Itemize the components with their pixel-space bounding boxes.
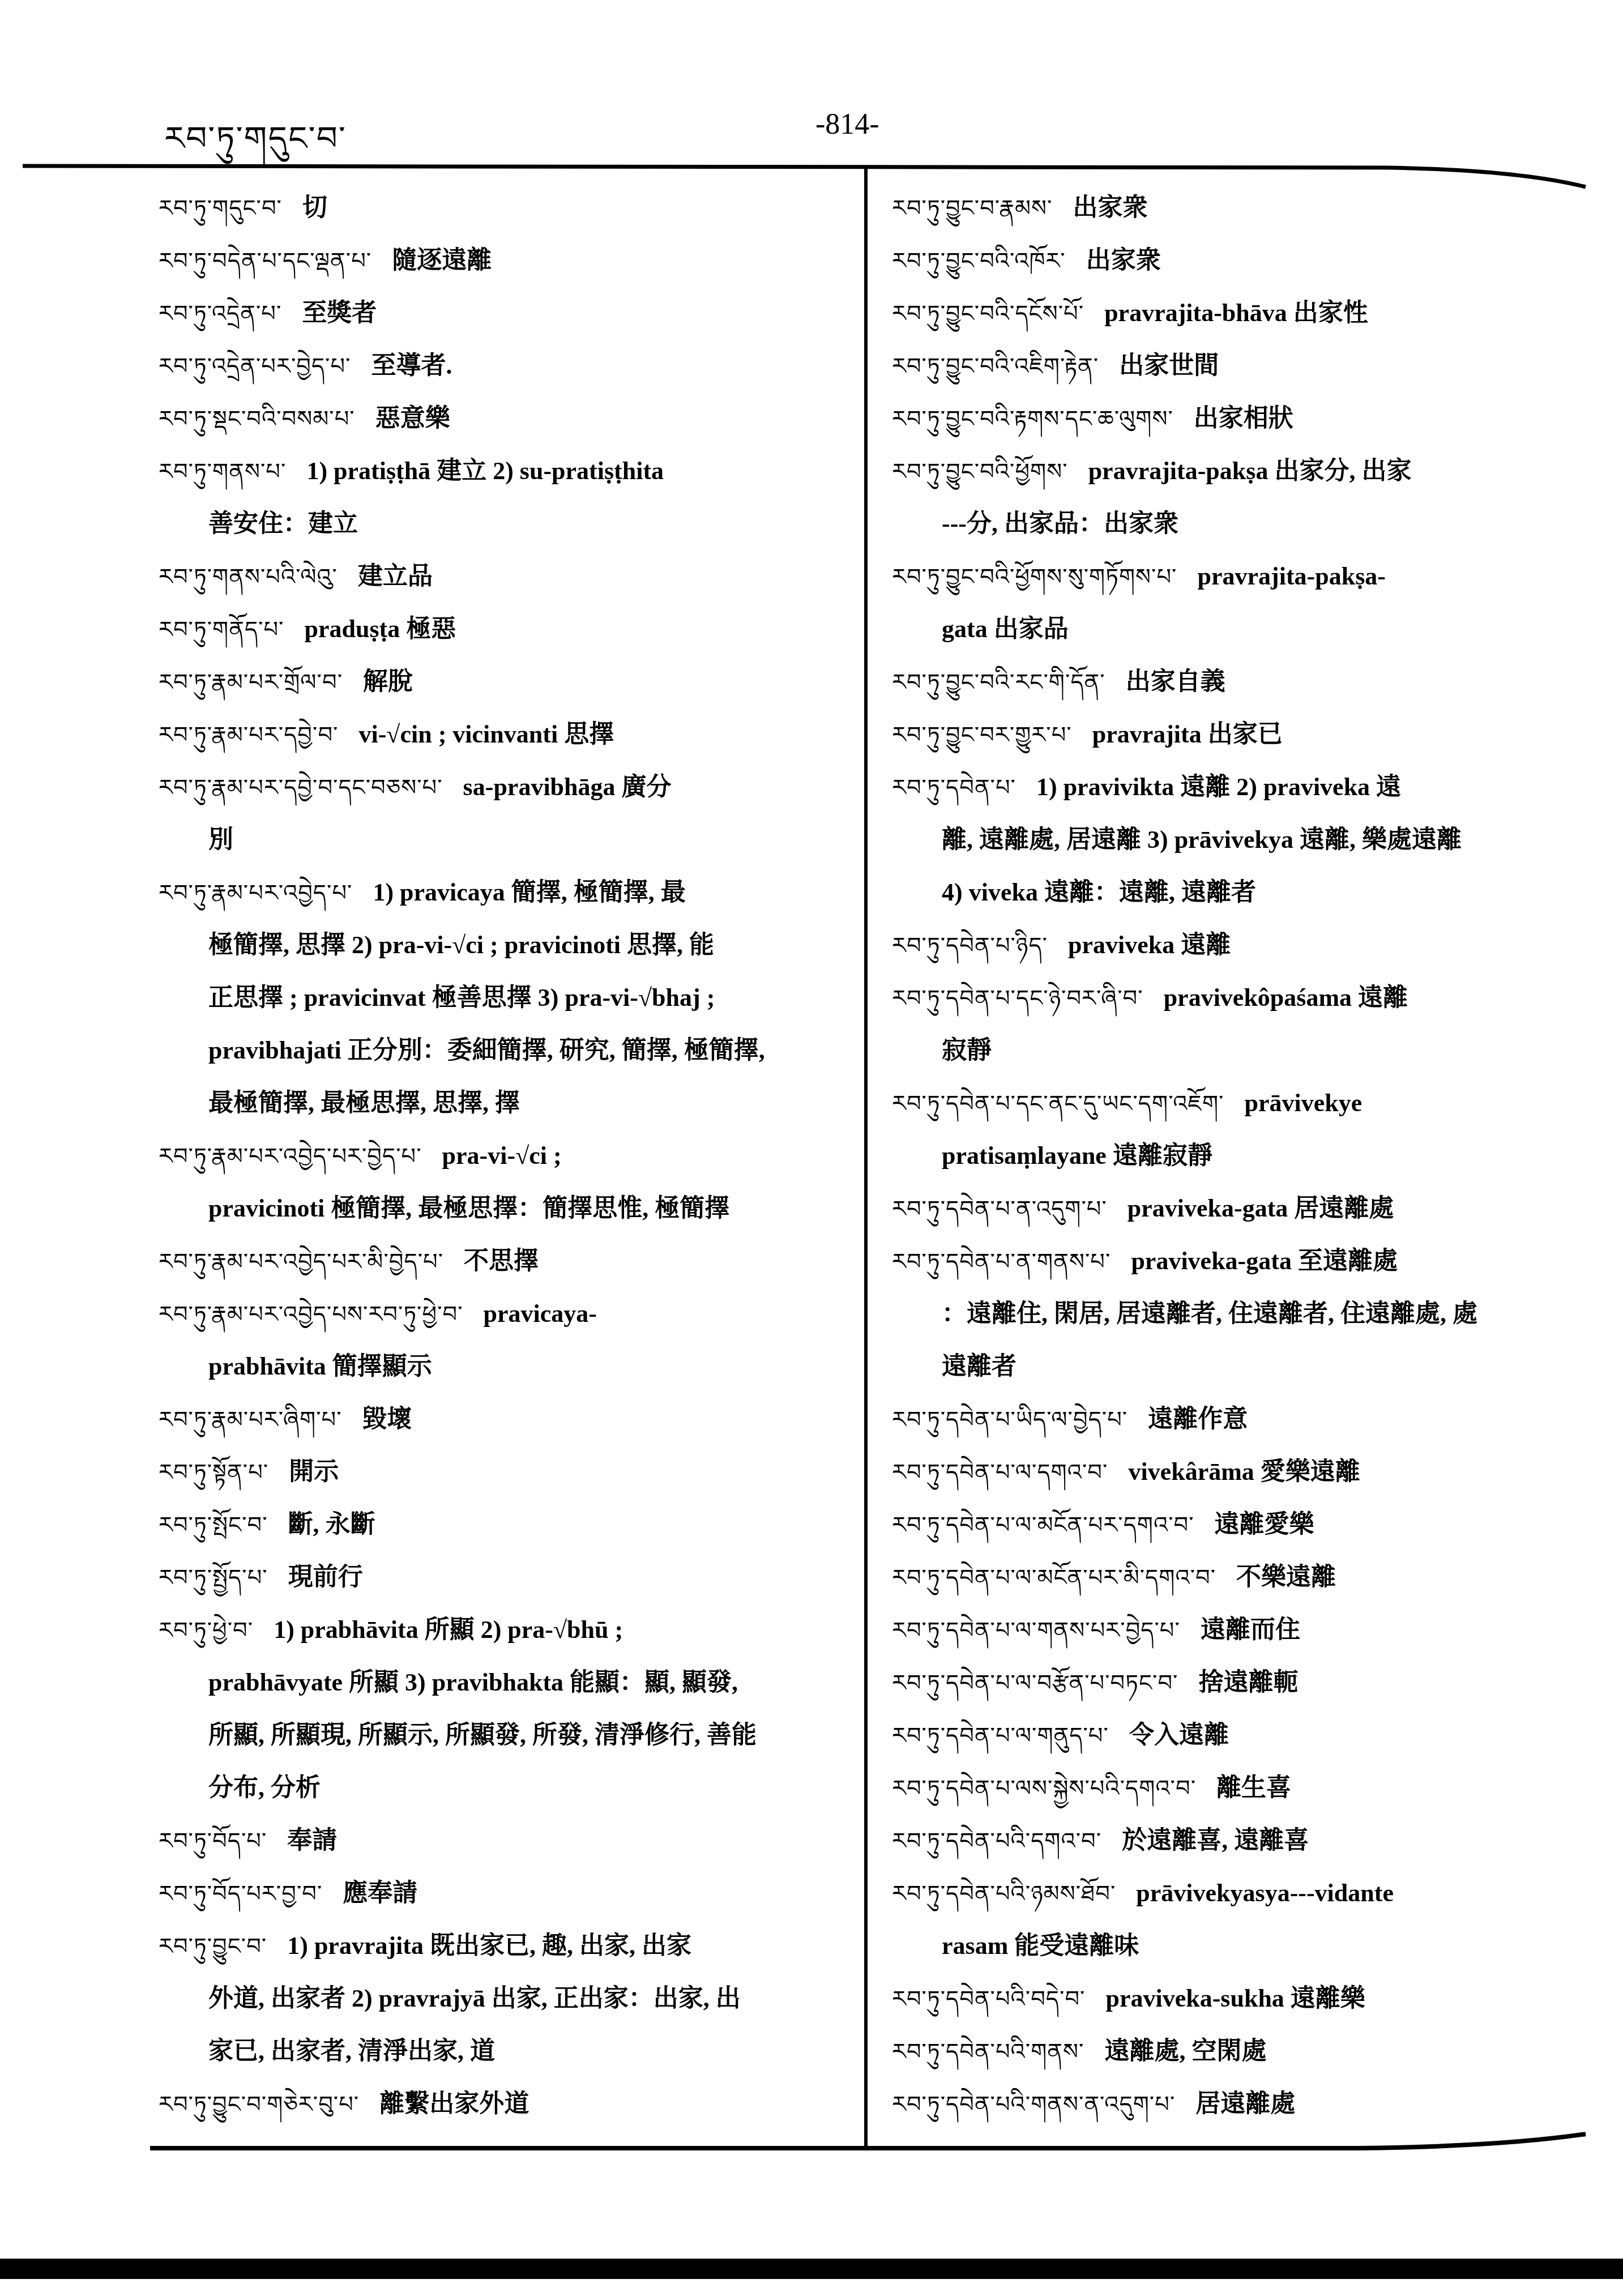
entry-first-line: རབ་ཏུ་དབེན་པ་ལ་མངོན་པར་མི་དགའ་བ་不樂遠離 xyxy=(892,1551,1571,1603)
entry-continuation-line: 最極簡擇, 最極思擇, 思擇, 擇 xyxy=(159,1077,855,1129)
definition-text: 1) pravrajita 既出家已, 趣, 出家, 出家 xyxy=(287,1932,691,1960)
tibetan-headword: རབ་ཏུ་སྟོན་པ་ xyxy=(159,1459,268,1486)
dictionary-entry: རབ་ཏུ་བོད་པ་奉請 xyxy=(159,1814,855,1867)
definition-text: 不樂遠離 xyxy=(1236,1563,1336,1591)
dictionary-entry: རབ་ཏུ་སྤྱོད་པ་現前行 xyxy=(159,1551,855,1603)
definition-text: 善安住：建立 xyxy=(208,510,358,537)
definition-text: 切 xyxy=(302,194,327,221)
definition-text: 分布, 分析 xyxy=(208,1774,321,1802)
dictionary-entry: རབ་ཏུ་རྣམ་པར་འབྱེད་པར་བྱེད་པ་pra-vi-√ci … xyxy=(159,1129,855,1235)
entry-continuation-line: 所顯, 所顯現, 所顯示, 所顯發, 所發, 清淨修行, 善能 xyxy=(159,1709,855,1761)
dictionary-entry: རབ་ཏུ་སྤོང་བ་斷, 永斷 xyxy=(159,1498,855,1551)
definition-text: 遠離而住 xyxy=(1201,1616,1300,1644)
entry-continuation-line: pravicinoti 極簡擇, 最極思擇：簡擇思惟, 極簡擇 xyxy=(159,1182,855,1235)
definition-text: pra-vi-√ci ; xyxy=(442,1142,562,1170)
entry-first-line: རབ་ཏུ་དབེན་པའི་བདེ་བ་praviveka-sukha 遠離樂 xyxy=(892,1972,1571,2025)
definition-text: 離, 遠離處, 居遠離 3) prāvivekya 遠離, 樂處遠離 xyxy=(942,826,1462,853)
entry-first-line: རབ་ཏུ་དབེན་པའི་གནས་ན་འདུག་པ་居遠離處 xyxy=(892,2077,1571,2130)
dictionary-entry: རབ་ཏུ་བོད་པར་བྱ་བ་應奉請 xyxy=(159,1867,855,1919)
tibetan-headword: རབ་ཏུ་སྤྱོད་པ་ xyxy=(159,1565,268,1591)
definition-text: 至獎者 xyxy=(302,299,377,327)
definition-text: 家已, 出家者, 清淨出家, 道 xyxy=(208,2037,495,2065)
entry-first-line: རབ་ཏུ་རྣམ་པར་ཞིག་པ་毀壞 xyxy=(159,1393,855,1445)
definition-text: 開示 xyxy=(289,1458,339,1486)
tibetan-headword: རབ་ཏུ་རྣམ་པར་ཞིག་པ་ xyxy=(159,1407,342,1433)
entry-first-line: རབ་ཏུ་གནས་པའི་ལེའུ་建立品 xyxy=(159,550,855,603)
entry-first-line: རབ་ཏུ་བྱུང་བའི་ཕྱོགས་pravrajita-pakṣa 出家… xyxy=(892,445,1571,497)
dictionary-entry: རབ་ཏུ་དབེན་པའི་བདེ་བ་praviveka-sukha 遠離樂 xyxy=(892,1972,1571,2025)
tibetan-headword: རབ་ཏུ་སྤོང་བ་ xyxy=(159,1512,268,1538)
entry-continuation-line: 4) viveka 遠離：遠離, 遠離者 xyxy=(892,866,1571,919)
definition-text: 惡意樂 xyxy=(375,404,450,432)
entry-continuation-line: prabhāvita 簡擇顯示 xyxy=(159,1340,855,1393)
tibetan-headword: རབ་ཏུ་དབེན་པའི་དགའ་བ་ xyxy=(892,1828,1101,1854)
definition-text: vivekârāma 愛樂遠離 xyxy=(1128,1458,1360,1486)
tibetan-headword: རབ་ཏུ་དབེན་པ་ལ་བརྩོན་པ་བཏང་བ་ xyxy=(892,1670,1178,1696)
dictionary-entry: རབ་ཏུ་བྱུང་བ་གཅེར་བུ་པ་離繫出家外道 xyxy=(159,2077,855,2130)
tibetan-headword: རབ་ཏུ་རྣམ་པར་དབྱེ་བ་ xyxy=(159,722,338,748)
tibetan-headword: རབ་ཏུ་རྣམ་པར་འབྱེད་པས་རབ་ཏུ་ཕྱེ་བ་ xyxy=(159,1301,463,1328)
definition-text: 現前行 xyxy=(288,1563,363,1591)
entry-continuation-line: ---分, 出家品：出家衆 xyxy=(892,497,1571,550)
dictionary-entry: རབ་ཏུ་བདེན་པ་དང་ལྡན་པ་隨逐遠離 xyxy=(159,234,855,287)
definition-text: 寂靜 xyxy=(942,1036,992,1064)
tibetan-headword: རབ་ཏུ་དབེན་པ་དང་ཉེ་བར་ཞི་བ་ xyxy=(892,985,1143,1012)
definition-text: pravrajita-pakṣa 出家分, 出家 xyxy=(1088,457,1412,485)
entry-continuation-line: 極簡擇, 思擇 2) pra-vi-√ci ; pravicinoti 思擇, … xyxy=(159,919,855,971)
definition-text: pravicaya- xyxy=(484,1300,597,1328)
definition-text: sa-pravibhāga 廣分 xyxy=(463,773,672,801)
dictionary-entry: རབ་ཏུ་དབེན་པ་ལས་སྐྱེས་པའི་དགའ་བ་離生喜 xyxy=(892,1761,1571,1814)
definition-text: 出家衆 xyxy=(1086,246,1161,274)
entry-first-line: རབ་ཏུ་བྱུང་བའི་འཁོར་出家衆 xyxy=(892,234,1571,287)
dictionary-entry: རབ་ཏུ་བྱུང་བའི་རང་གི་དོན་出家自義 xyxy=(892,655,1571,708)
tibetan-headword: རབ་ཏུ་དབེན་པའི་བདེ་བ་ xyxy=(892,1986,1085,2012)
tibetan-headword: རབ་ཏུ་དབེན་པ་ལས་སྐྱེས་པའི་དགའ་བ་ xyxy=(892,1776,1196,1802)
definition-text: pravibhajati 正分別：委細簡擇, 研究, 簡擇, 極簡擇, xyxy=(208,1036,765,1064)
entry-first-line: རབ་ཏུ་དབེན་པའི་ཉམས་ཐོབ་prāvivekyasya---v… xyxy=(892,1867,1571,1919)
tibetan-headword: རབ་ཏུ་གདུང་བ་ xyxy=(159,195,282,221)
definition-text: 斷, 永斷 xyxy=(288,1510,375,1538)
entry-first-line: རབ་ཏུ་རྣམ་པར་འབྱེད་པས་རབ་ཏུ་ཕྱེ་བ་pravic… xyxy=(159,1287,855,1340)
entry-first-line: རབ་ཏུ་དབེན་པ་ལ་དགའ་བ་vivekârāma 愛樂遠離 xyxy=(892,1445,1571,1498)
entry-continuation-line: ：遠離住, 閑居, 居遠離者, 住遠離者, 住遠離處, 處 xyxy=(892,1287,1571,1340)
dictionary-entry: རབ་ཏུ་དབེན་པ་ལ་བརྩོན་པ་བཏང་བ་捨遠離軛 xyxy=(892,1656,1571,1709)
tibetan-headword: རབ་ཏུ་དབེན་པའི་ཉམས་ཐོབ་ xyxy=(892,1881,1116,1907)
dictionary-entry: རབ་ཏུ་བྱུང་བའི་དངོས་པོ་pravrajita-bhāva … xyxy=(892,287,1571,339)
definition-text: ：遠離住, 閑居, 居遠離者, 住遠離者, 住遠離處, 處 xyxy=(942,1300,1477,1328)
entry-first-line: རབ་ཏུ་གནོད་པ་praduṣṭa 極惡 xyxy=(159,603,855,655)
entry-first-line: རབ་ཏུ་དབེན་པ་ལ་མངོན་པར་དགའ་བ་遠離愛樂 xyxy=(892,1498,1571,1551)
entry-first-line: རབ་ཏུ་བྱུང་བའི་རང་གི་དོན་出家自義 xyxy=(892,655,1571,708)
tibetan-headword: རབ་ཏུ་སྡང་བའི་བསམ་པ་ xyxy=(159,406,355,432)
entry-first-line: རབ་ཏུ་རྣམ་པར་འབྱེད་པར་བྱེད་པ་pra-vi-√ci … xyxy=(159,1129,855,1182)
definition-text: 令入遠離 xyxy=(1129,1721,1229,1749)
tibetan-headword: རབ་ཏུ་གནོད་པ་ xyxy=(159,617,284,643)
tibetan-headword: རབ་ཏུ་བྱུང་བའི་རྟགས་དང་ཆ་ལུགས་ xyxy=(892,406,1173,432)
tibetan-headword: རབ་ཏུ་བོད་པ་ xyxy=(159,1828,267,1854)
dictionary-entry: རབ་ཏུ་དབེན་པ་ལ་གནུད་པ་令入遠離 xyxy=(892,1709,1571,1761)
dictionary-entry: རབ་ཏུ་དབེན་པ་དང་ནང་དུ་ཡང་དག་འཇོག་prāvive… xyxy=(892,1077,1571,1182)
right-column: རབ་ཏུ་བྱུང་བ་རྣམས་出家衆རབ་ཏུ་བྱུང་བའི་འཁོར… xyxy=(892,181,1571,2130)
dictionary-entry: རབ་ཏུ་དབེན་པ་ལ་གནས་པར་བྱེད་པ་遠離而住 xyxy=(892,1603,1571,1656)
entry-first-line: རབ་ཏུ་དབེན་པའི་གནས་遠離處, 空閑處 xyxy=(892,2025,1571,2077)
definition-text: pravivekôpaśama 遠離 xyxy=(1164,984,1408,1012)
tibetan-headword: རབ་ཏུ་འདྲེན་པ་ xyxy=(159,301,281,327)
tibetan-headword: རབ་ཏུ་དབེན་པ་ལ་མངོན་པར་དགའ་བ་ xyxy=(892,1512,1194,1538)
entry-first-line: རབ་ཏུ་དབེན་པ་1) pravivikta 遠離 2) pravive… xyxy=(892,761,1571,813)
dictionary-entry: རབ་ཏུ་དབེན་པ་1) pravivikta 遠離 2) pravive… xyxy=(892,761,1571,919)
definition-text: 解脫 xyxy=(363,668,413,695)
dictionary-entry: རབ་ཏུ་དབེན་པ་ལ་དགའ་བ་vivekârāma 愛樂遠離 xyxy=(892,1445,1571,1498)
tibetan-headword: རབ་ཏུ་བྱུང་བར་གྱུར་པ་ xyxy=(892,722,1072,748)
dictionary-entry: རབ་ཏུ་གནས་པའི་ལེའུ་建立品 xyxy=(159,550,855,603)
dictionary-entry: རབ་ཏུ་དབེན་པ་ན་འདུག་པ་praviveka-gata 居遠離… xyxy=(892,1182,1571,1235)
definition-text: praviveka-sukha 遠離樂 xyxy=(1105,1985,1365,2012)
tibetan-headword: རབ་ཏུ་རྣམ་པར་དབྱེ་བ་དང་བཅས་པ་ xyxy=(159,775,443,801)
tibetan-headword: རབ་ཏུ་བྱུང་བ་གཅེར་བུ་པ་ xyxy=(159,2092,359,2118)
tibetan-headword: རབ་ཏུ་དབེན་པའི་གནས་ན་འདུག་པ་ xyxy=(892,2092,1175,2118)
definition-text: praduṣṭa 極惡 xyxy=(305,615,456,643)
entry-first-line: རབ་ཏུ་བྱུང་བར་གྱུར་པ་pravrajita 出家已 xyxy=(892,708,1571,761)
dictionary-entry: རབ་ཏུ་རྣམ་པར་འབྱེད་པས་རབ་ཏུ་ཕྱེ་བ་pravic… xyxy=(159,1287,855,1393)
tibetan-headword: རབ་ཏུ་གནས་པ་ xyxy=(159,459,286,485)
entry-first-line: རབ་ཏུ་དབེན་པ་ན་གནས་པ་praviveka-gata 至遠離處 xyxy=(892,1235,1571,1287)
dictionary-entry: རབ་ཏུ་དབེན་པའི་གནས་遠離處, 空閑處 xyxy=(892,2025,1571,2077)
tibetan-headword: རབ་ཏུ་རྣམ་པར་འབྱེད་པ་ xyxy=(159,880,352,906)
definition-text: 隨逐遠離 xyxy=(392,246,492,274)
dictionary-entry: རབ་ཏུ་དབེན་པ་ན་གནས་པ་praviveka-gata 至遠離處… xyxy=(892,1235,1571,1393)
tibetan-headword: རབ་ཏུ་བྱུང་བ་ xyxy=(159,1934,267,1960)
entry-first-line: རབ་ཏུ་དབེན་པ་ལ་བརྩོན་པ་བཏང་བ་捨遠離軛 xyxy=(892,1656,1571,1709)
left-column: རབ་ཏུ་གདུང་བ་切རབ་ཏུ་བདེན་པ་དང་ལྡན་པ་隨逐遠離… xyxy=(159,181,855,2130)
tibetan-headword: རབ་ཏུ་དབེན་པ་ལ་མངོན་པར་མི་དགའ་བ་ xyxy=(892,1565,1216,1591)
tibetan-headword: རབ་ཏུ་དབེན་པ་ xyxy=(892,775,1016,801)
dictionary-entry: རབ་ཏུ་དབེན་པའི་གནས་ན་འདུག་པ་居遠離處 xyxy=(892,2077,1571,2130)
definition-text: 建立品 xyxy=(358,562,433,590)
definition-text: 離生喜 xyxy=(1216,1774,1291,1802)
entry-continuation-line: 家已, 出家者, 清淨出家, 道 xyxy=(159,2025,855,2077)
definition-text: 應奉請 xyxy=(343,1879,417,1907)
dictionary-entry: རབ་ཏུ་རྣམ་པར་དབྱེ་བ་vi-√cin ; vicinvanti… xyxy=(159,708,855,761)
entry-first-line: རབ་ཏུ་བྱུང་བ་རྣམས་出家衆 xyxy=(892,181,1571,234)
definition-text: 1) pravivikta 遠離 2) praviveka 遠 xyxy=(1036,773,1401,801)
definition-text: 極簡擇, 思擇 2) pra-vi-√ci ; pravicinoti 思擇, … xyxy=(208,931,714,959)
entry-first-line: རབ་ཏུ་བྱུང་བའི་འཇིག་རྟེན་出家世間 xyxy=(892,339,1571,392)
entry-first-line: རབ་ཏུ་རྣམ་པར་དབྱེ་བ་དང་བཅས་པ་sa-pravibhā… xyxy=(159,761,855,813)
definition-text: prāvivekyasya---vidante xyxy=(1136,1879,1394,1907)
entry-first-line: རབ་ཏུ་དབེན་པ་ཡིད་ལ་བྱེད་པ་遠離作意 xyxy=(892,1393,1571,1445)
tibetan-headword: རབ་ཏུ་དབེན་པ་ཡིད་ལ་བྱེད་པ་ xyxy=(892,1407,1127,1433)
definition-text: 至導者. xyxy=(371,352,452,379)
dictionary-entry: རབ་ཏུ་བྱུང་བའི་ཕྱོགས་སུ་གཏོགས་པ་pravraji… xyxy=(892,550,1571,655)
definition-text: prāvivekye xyxy=(1245,1089,1363,1117)
tibetan-headword: རབ་ཏུ་བདེན་པ་དང་ལྡན་པ་ xyxy=(159,248,371,274)
dictionary-entry: རབ་ཏུ་དབེན་པའི་དགའ་བ་於遠離喜, 遠離喜 xyxy=(892,1814,1571,1867)
entry-continuation-line: 外道, 出家者 2) pravrajyā 出家, 正出家：出家, 出 xyxy=(159,1972,855,2025)
definition-text: 奉請 xyxy=(287,1826,337,1854)
definition-text: 最極簡擇, 最極思擇, 思擇, 擇 xyxy=(208,1089,520,1117)
entry-continuation-line: prabhāvyate 所顯 3) pravibhakta 能顯：顯, 顯發, xyxy=(159,1656,855,1709)
definition-text: 遠離者 xyxy=(942,1352,1016,1380)
entry-continuation-line: gata 出家品 xyxy=(892,603,1571,655)
definition-text: 不思擇 xyxy=(464,1247,539,1275)
entry-first-line: རབ་ཏུ་དབེན་པ་ན་འདུག་པ་praviveka-gata 居遠離… xyxy=(892,1182,1571,1235)
tibetan-headword: རབ་ཏུ་དབེན་པ་ལ་གནས་པར་བྱེད་པ་ xyxy=(892,1618,1180,1644)
definition-text: gata 出家品 xyxy=(942,615,1069,643)
dictionary-entry: རབ་ཏུ་རྣམ་པར་གྲོལ་བ་解脫 xyxy=(159,655,855,708)
entry-continuation-line: 遠離者 xyxy=(892,1340,1571,1393)
tibetan-headword: རབ་ཏུ་བྱུང་བའི་འཁོར་ xyxy=(892,248,1066,274)
entry-first-line: རབ་ཏུ་རྣམ་པར་དབྱེ་བ་vi-√cin ; vicinvanti… xyxy=(159,708,855,761)
entry-first-line: རབ་ཏུ་བྱུང་བ་གཅེར་བུ་པ་離繫出家外道 xyxy=(159,2077,855,2130)
definition-text: 遠離作意 xyxy=(1148,1405,1248,1433)
entry-first-line: རབ་ཏུ་བོད་པར་བྱ་བ་應奉請 xyxy=(159,1867,855,1919)
dictionary-entry: རབ་ཏུ་དབེན་པ་དང་ཉེ་བར་ཞི་བ་pravivekôpaśa… xyxy=(892,971,1571,1077)
tibetan-headword: རབ་ཏུ་བྱུང་བ་རྣམས་ xyxy=(892,195,1052,221)
entry-first-line: རབ་ཏུ་འདྲེན་པ་至獎者 xyxy=(159,287,855,339)
definition-text: prabhāvyate 所顯 3) pravibhakta 能顯：顯, 顯發, xyxy=(208,1668,738,1696)
definition-text: 出家世間 xyxy=(1119,352,1219,379)
entry-first-line: རབ་ཏུ་བདེན་པ་དང་ལྡན་པ་隨逐遠離 xyxy=(159,234,855,287)
definition-text: praviveka-gata 至遠離處 xyxy=(1131,1247,1398,1275)
definition-text: ---分, 出家品：出家衆 xyxy=(942,510,1178,537)
definition-text: pravrajita-bhāva 出家性 xyxy=(1104,299,1368,327)
entry-continuation-line: 正思擇 ; pravicinvat 極善思擇 3) pra-vi-√bhaj ; xyxy=(159,971,855,1024)
dictionary-entry: རབ་ཏུ་རྣམ་པར་ཞིག་པ་毀壞 xyxy=(159,1393,855,1445)
entry-first-line: རབ་ཏུ་རྣམ་པར་འབྱེད་པར་མི་བྱེད་པ་不思擇 xyxy=(159,1235,855,1287)
entry-continuation-line: pravibhajati 正分別：委細簡擇, 研究, 簡擇, 極簡擇, xyxy=(159,1024,855,1077)
tibetan-headword: རབ་ཏུ་བོད་པར་བྱ་བ་ xyxy=(159,1881,322,1907)
tibetan-headword: རབ་ཏུ་དབེན་པ་ན་གནས་པ་ xyxy=(892,1249,1111,1275)
entry-continuation-line: 寂靜 xyxy=(892,1024,1571,1077)
dictionary-entry: རབ་ཏུ་བྱུང་བའི་འཇིག་རྟེན་出家世間 xyxy=(892,339,1571,392)
definition-text: 居遠離處 xyxy=(1195,2090,1295,2118)
dictionary-entry: རབ་ཏུ་དབེན་པ་ཉིད་praviveka 遠離 xyxy=(892,919,1571,971)
dictionary-entry: རབ་ཏུ་བྱུང་བའི་འཁོར་出家衆 xyxy=(892,234,1571,287)
dictionary-entry: རབ་ཏུ་གནོད་པ་praduṣṭa 極惡 xyxy=(159,603,855,655)
entry-first-line: རབ་ཏུ་གནས་པ་1) pratiṣṭhā 建立 2) su-pratiṣ… xyxy=(159,445,855,497)
definition-text: vi-√cin ; vicinvanti 思擇 xyxy=(358,720,614,748)
entry-first-line: རབ་ཏུ་དབེན་པ་ཉིད་praviveka 遠離 xyxy=(892,919,1571,971)
entry-first-line: རབ་ཏུ་རྣམ་པར་འབྱེད་པ་1) pravicaya 簡擇, 極簡… xyxy=(159,866,855,919)
tibetan-headword: རབ་ཏུ་དབེན་པ་ན་འདུག་པ་ xyxy=(892,1196,1107,1222)
dictionary-entry: རབ་ཏུ་རྣམ་པར་འབྱེད་པ་1) pravicaya 簡擇, 極簡… xyxy=(159,866,855,1129)
tibetan-headword: རབ་ཏུ་བྱུང་བའི་ཕྱོགས་ xyxy=(892,459,1068,485)
definition-text: 於遠離喜, 遠離喜 xyxy=(1122,1826,1309,1854)
column-divider xyxy=(864,168,868,2150)
definition-text: 毀壞 xyxy=(362,1405,412,1433)
tibetan-headword: རབ་ཏུ་བྱུང་བའི་དངོས་པོ་ xyxy=(892,301,1084,327)
dictionary-entry: རབ་ཏུ་རྣམ་པར་དབྱེ་བ་དང་བཅས་པ་sa-pravibhā… xyxy=(159,761,855,866)
definition-text: 離繫出家外道 xyxy=(379,2090,529,2118)
tibetan-headword: རབ་ཏུ་དབེན་པ་ལ་དགའ་བ་ xyxy=(892,1459,1108,1486)
definition-text: praviveka-gata 居遠離處 xyxy=(1127,1194,1394,1222)
tibetan-headword: རབ་ཏུ་བྱུང་བའི་ཕྱོགས་སུ་གཏོགས་པ་ xyxy=(892,564,1177,590)
dictionary-entry: རབ་ཏུ་བྱུང་བ་རྣམས་出家衆 xyxy=(892,181,1571,234)
page-number: -814- xyxy=(815,108,879,141)
definition-text: prabhāvita 簡擇顯示 xyxy=(208,1352,432,1380)
definition-text: praviveka 遠離 xyxy=(1068,931,1231,959)
dictionary-entry: རབ་ཏུ་བྱུང་བའི་རྟགས་དང་ཆ་ལུགས་出家相狀 xyxy=(892,392,1571,445)
entry-continuation-line: 善安住：建立 xyxy=(159,497,855,550)
definition-text: 別 xyxy=(208,826,233,853)
tibetan-headword: རབ་ཏུ་གནས་པའི་ལེའུ་ xyxy=(159,564,338,590)
definition-text: pravicinoti 極簡擇, 最極思擇：簡擇思惟, 極簡擇 xyxy=(208,1194,729,1222)
definition-text: 1) pratiṣṭhā 建立 2) su-pratiṣṭhita xyxy=(306,457,664,485)
entry-first-line: རབ་ཏུ་རྣམ་པར་གྲོལ་བ་解脫 xyxy=(159,655,855,708)
tibetan-headword: རབ་ཏུ་རྣམ་པར་འབྱེད་པར་མི་བྱེད་པ་ xyxy=(159,1249,443,1275)
entry-first-line: རབ་ཏུ་བོད་པ་奉請 xyxy=(159,1814,855,1867)
entry-first-line: རབ་ཏུ་དབེན་པ་ལ་གནས་པར་བྱེད་པ་遠離而住 xyxy=(892,1603,1571,1656)
dictionary-entry: རབ་ཏུ་འདྲེན་པར་བྱེད་པ་至導者. xyxy=(159,339,855,392)
entry-first-line: རབ་ཏུ་དབེན་པའི་དགའ་བ་於遠離喜, 遠離喜 xyxy=(892,1814,1571,1867)
dictionary-entry: རབ་ཏུ་བྱུང་བ་1) pravrajita 既出家已, 趣, 出家, … xyxy=(159,1919,855,2077)
tibetan-headword: རབ་ཏུ་བྱུང་བའི་འཇིག་རྟེན་ xyxy=(892,353,1099,379)
definition-text: 正思擇 ; pravicinvat 極善思擇 3) pra-vi-√bhaj ; xyxy=(208,984,715,1012)
definition-text: 所顯, 所顯現, 所顯示, 所顯發, 所發, 清淨修行, 善能 xyxy=(208,1721,757,1749)
definition-text: 4) viveka 遠離：遠離, 遠離者 xyxy=(942,878,1256,906)
definition-text: 遠離愛樂 xyxy=(1215,1510,1314,1538)
tibetan-headword: རབ་ཏུ་བྱུང་བའི་རང་གི་དོན་ xyxy=(892,669,1105,695)
dictionary-entry: རབ་ཏུ་གནས་པ་1) pratiṣṭhā 建立 2) su-pratiṣ… xyxy=(159,445,855,550)
dictionary-entry: རབ་ཏུ་དབེན་པའི་ཉམས་ཐོབ་prāvivekyasya---v… xyxy=(892,1867,1571,1972)
definition-text: 出家衆 xyxy=(1073,194,1147,221)
entry-first-line: རབ་ཏུ་འདྲེན་པར་བྱེད་པ་至導者. xyxy=(159,339,855,392)
entry-first-line: རབ་ཏུ་དབེན་པ་དང་ཉེ་བར་ཞི་བ་pravivekôpaśa… xyxy=(892,971,1571,1024)
dictionary-entry: རབ་ཏུ་དབེན་པ་ཡིད་ལ་བྱེད་པ་遠離作意 xyxy=(892,1393,1571,1445)
entry-continuation-line: 分布, 分析 xyxy=(159,1761,855,1814)
tibetan-headword: རབ་ཏུ་རྣམ་པར་འབྱེད་པར་བྱེད་པ་ xyxy=(159,1143,422,1170)
dictionary-entry: རབ་ཏུ་བྱུང་བའི་ཕྱོགས་pravrajita-pakṣa 出家… xyxy=(892,445,1571,550)
definition-text: pratisaṃlayane 遠離寂靜 xyxy=(942,1142,1212,1170)
definition-text: pravrajita 出家已 xyxy=(1092,720,1283,748)
entry-first-line: རབ་ཏུ་བྱུང་བ་1) pravrajita 既出家已, 趣, 出家, … xyxy=(159,1919,855,1972)
tibetan-headword: རབ་ཏུ་འདྲེན་པར་བྱེད་པ་ xyxy=(159,353,351,379)
definition-text: 遠離處, 空閑處 xyxy=(1104,2037,1266,2065)
definition-text: 出家相狀 xyxy=(1194,404,1293,432)
dictionary-entry: རབ་ཏུ་དབེན་པ་ལ་མངོན་པར་དགའ་བ་遠離愛樂 xyxy=(892,1498,1571,1551)
dictionary-entry: རབ་ཏུ་བྱུང་བར་གྱུར་པ་pravrajita 出家已 xyxy=(892,708,1571,761)
dictionary-entry: རབ་ཏུ་རྣམ་པར་འབྱེད་པར་མི་བྱེད་པ་不思擇 xyxy=(159,1235,855,1287)
definition-text: rasam 能受遠離味 xyxy=(942,1932,1139,1960)
entry-first-line: རབ་ཏུ་གདུང་བ་切 xyxy=(159,181,855,234)
entry-first-line: རབ་ཏུ་དབེན་པ་ལས་སྐྱེས་པའི་དགའ་བ་離生喜 xyxy=(892,1761,1571,1814)
running-head: རབ་ཏུ་གདུང་བ་ xyxy=(164,102,347,194)
entry-continuation-line: pratisaṃlayane 遠離寂靜 xyxy=(892,1129,1571,1182)
entry-first-line: རབ་ཏུ་བྱུང་བའི་དངོས་པོ་pravrajita-bhāva … xyxy=(892,287,1571,339)
tibetan-headword: རབ་ཏུ་དབེན་པ་ཉིད་ xyxy=(892,933,1048,959)
tibetan-headword: རབ་ཏུ་དབེན་པའི་གནས་ xyxy=(892,2039,1084,2065)
dictionary-entry: རབ་ཏུ་འདྲེན་པ་至獎者 xyxy=(159,287,855,339)
definition-text: 1) pravicaya 簡擇, 極簡擇, 最 xyxy=(373,878,685,906)
definition-text: 捨遠離軛 xyxy=(1198,1668,1298,1696)
entry-first-line: རབ་ཏུ་བྱུང་བའི་ཕྱོགས་སུ་གཏོགས་པ་pravraji… xyxy=(892,550,1571,603)
tibetan-headword: རབ་ཏུ་རྣམ་པར་གྲོལ་བ་ xyxy=(159,669,343,695)
dictionary-entry: རབ་ཏུ་དབེན་པ་ལ་མངོན་པར་མི་དགའ་བ་不樂遠離 xyxy=(892,1551,1571,1603)
entry-first-line: རབ་ཏུ་སྤོང་བ་斷, 永斷 xyxy=(159,1498,855,1551)
entry-first-line: རབ་ཏུ་སྟོན་པ་開示 xyxy=(159,1445,855,1498)
entry-first-line: རབ་ཏུ་བྱུང་བའི་རྟགས་དང་ཆ་ལུགས་出家相狀 xyxy=(892,392,1571,445)
scan-edge-band xyxy=(0,2259,1623,2279)
tibetan-headword: རབ་ཏུ་ཕྱེ་བ་ xyxy=(159,1618,253,1644)
entry-first-line: རབ་ཏུ་ཕྱེ་བ་1) prabhāvita 所顯 2) pra-√bhū… xyxy=(159,1603,855,1656)
dictionary-entry: རབ་ཏུ་སྟོན་པ་開示 xyxy=(159,1445,855,1498)
dictionary-entry: རབ་ཏུ་ཕྱེ་བ་1) prabhāvita 所顯 2) pra-√bhū… xyxy=(159,1603,855,1814)
definition-text: 外道, 出家者 2) pravrajyā 出家, 正出家：出家, 出 xyxy=(208,1985,741,2012)
definition-text: pravrajita-pakṣa- xyxy=(1198,562,1386,590)
dictionary-entry: རབ་ཏུ་སྡང་བའི་བསམ་པ་惡意樂 xyxy=(159,392,855,445)
entry-first-line: རབ་ཏུ་སྡང་བའི་བསམ་པ་惡意樂 xyxy=(159,392,855,445)
dictionary-entry: རབ་ཏུ་གདུང་བ་切 xyxy=(159,181,855,234)
definition-text: 1) prabhāvita 所顯 2) pra-√bhū ; xyxy=(274,1616,623,1644)
tibetan-headword: རབ་ཏུ་དབེན་པ་ལ་གནུད་པ་ xyxy=(892,1723,1109,1749)
entry-continuation-line: rasam 能受遠離味 xyxy=(892,1919,1571,1972)
entry-continuation-line: 別 xyxy=(159,813,855,866)
definition-text: 出家自義 xyxy=(1126,668,1225,695)
tibetan-headword: རབ་ཏུ་དབེན་པ་དང་ནང་དུ་ཡང་དག་འཇོག་ xyxy=(892,1091,1224,1117)
entry-continuation-line: 離, 遠離處, 居遠離 3) prāvivekya 遠離, 樂處遠離 xyxy=(892,813,1571,866)
entry-first-line: རབ་ཏུ་སྤྱོད་པ་現前行 xyxy=(159,1551,855,1603)
entry-first-line: རབ་ཏུ་དབེན་པ་ལ་གནུད་པ་令入遠離 xyxy=(892,1709,1571,1761)
entry-first-line: རབ་ཏུ་དབེན་པ་དང་ནང་དུ་ཡང་དག་འཇོག་prāvive… xyxy=(892,1077,1571,1129)
